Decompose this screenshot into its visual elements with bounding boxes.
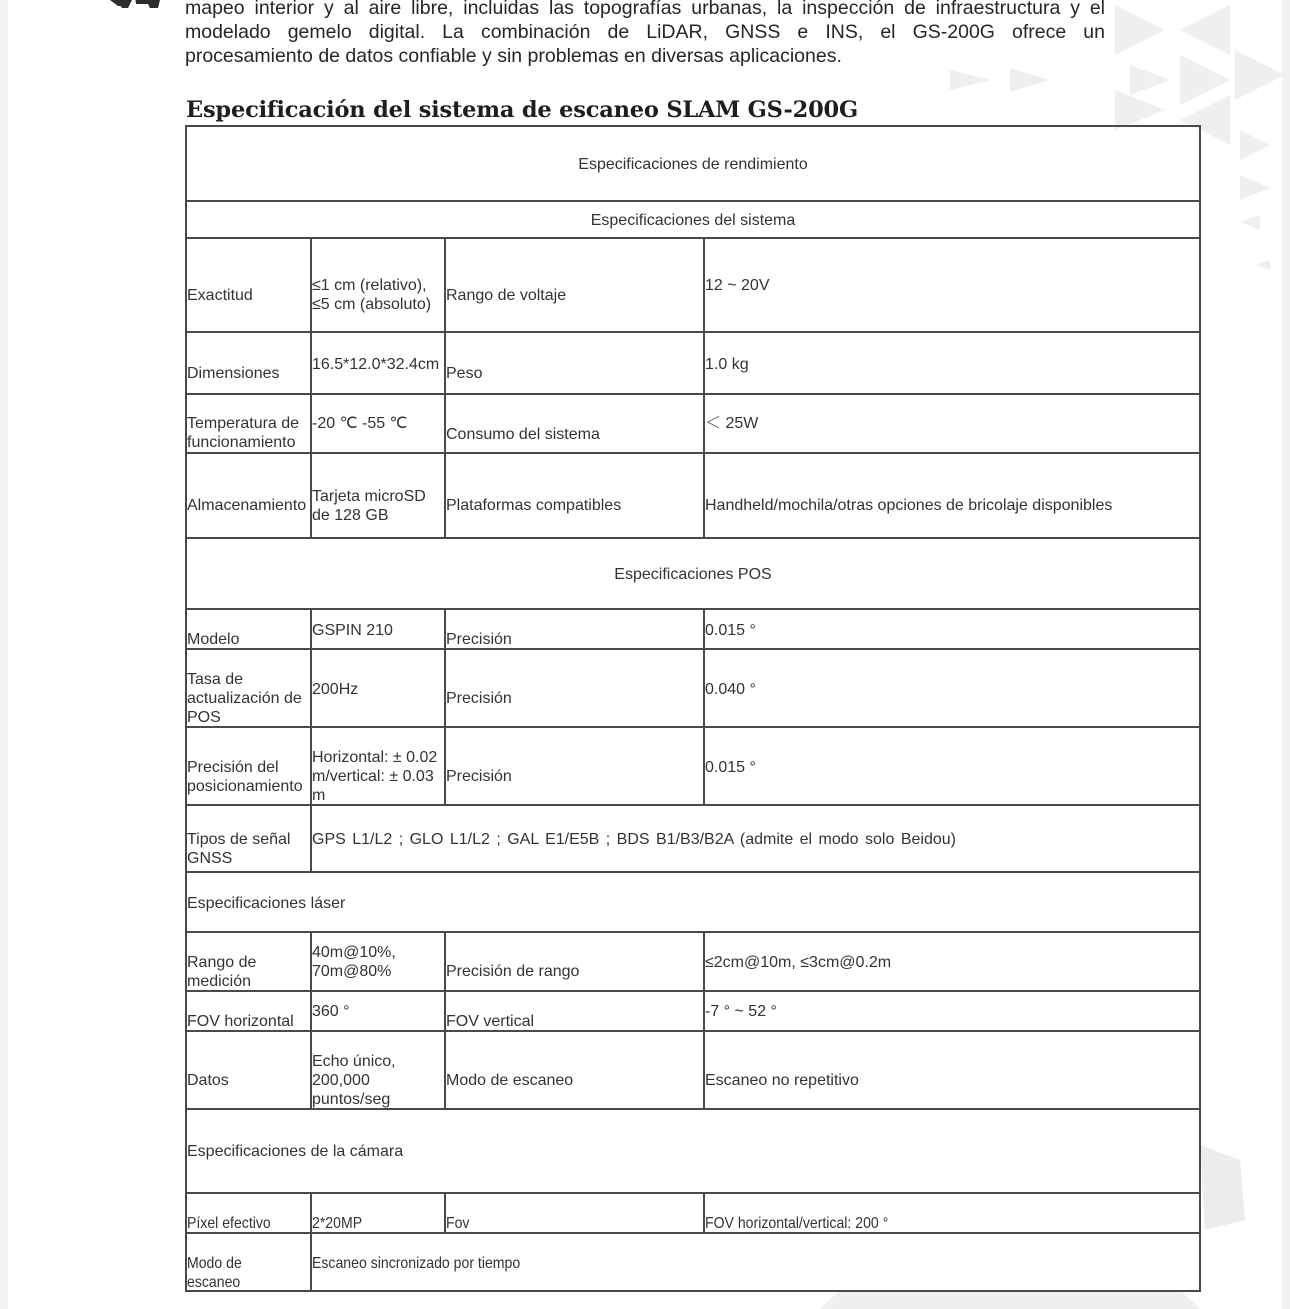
gear-icon [88, 0, 164, 20]
spec-label: Tipos de señal GNSS [187, 830, 310, 868]
spec-value: Echo único, 200,000 puntos/seg [312, 1052, 412, 1108]
page-margin-left [0, 0, 8, 1309]
spec-label: Rango de voltaje [446, 286, 566, 305]
intro-line: modelado gemelo digital. La combinación … [185, 20, 1105, 44]
spec-value: Handheld/mochila/otras opciones de brico… [705, 496, 1112, 515]
spec-label: Modo de escaneo [187, 1254, 271, 1292]
spec-value: ≤2cm@10m, ≤3cm@0.2m [705, 953, 891, 972]
spec-value: GSPIN 210 [312, 621, 393, 640]
spec-label: Temperatura de funcionamiento [187, 414, 310, 452]
page-margin-right [1282, 0, 1290, 1309]
spec-label: Precisión del posicionamiento [187, 758, 310, 796]
intro-paragraph: mapeo interior y al aire libre, incluida… [185, 0, 1105, 68]
spec-label: Rango de medición [187, 953, 287, 991]
spec-value: Horizontal: ± 0.02 m/vertical: ± 0.03 m [312, 748, 444, 805]
spec-label: Precisión [446, 689, 512, 708]
spec-label: Modelo [187, 630, 239, 649]
section-header-performance: Especificaciones de rendimiento [187, 155, 1199, 174]
section-header-system: Especificaciones del sistema [187, 211, 1199, 230]
spec-value: 0.015 ° [705, 758, 756, 777]
page-title: Especificación del sistema de escaneo SL… [186, 97, 858, 123]
spec-value: 0.040 ° [705, 680, 756, 699]
spec-label: Almacenamiento [187, 496, 306, 515]
spec-value: Escaneo no repetitivo [705, 1071, 859, 1090]
spec-value: 2*20MP [312, 1214, 362, 1233]
spec-label: Peso [446, 364, 482, 383]
spec-label: Precisión [446, 630, 512, 649]
spec-value: 16.5*12.0*32.4cm [312, 355, 446, 374]
spec-label: Exactitud [187, 286, 253, 305]
spec-label: Plataformas compatibles [446, 496, 621, 515]
spec-label: Consumo del sistema [446, 425, 600, 444]
spec-value: Tarjeta microSD de 128 GB [312, 487, 442, 525]
spec-value: -20 ℃ -55 ℃ [312, 414, 408, 433]
spec-label: Dimensiones [187, 364, 279, 383]
spec-value: ＜ 25W [705, 414, 758, 433]
spec-value: Escaneo sincronizado por tiempo [312, 1254, 520, 1273]
spec-value: 360 ° [312, 1002, 350, 1021]
spec-value: 0.015 ° [705, 621, 756, 640]
spec-label: Precisión de rango [446, 962, 579, 981]
spec-label: Modo de escaneo [446, 1071, 573, 1090]
spec-value: 200Hz [312, 680, 358, 699]
section-header-laser: Especificaciones láser [187, 894, 345, 913]
spec-value: GPS L1/L2 ; GLO L1/L2 ; GAL E1/E5B ; BDS… [312, 830, 956, 849]
spec-value: -7 ° ~ 52 ° [705, 1002, 777, 1021]
spec-value: ≤1 cm (relativo), ≤5 cm (absoluto) [312, 276, 444, 314]
spec-value: 12 ~ 20V [705, 276, 770, 295]
spec-value: 40m@10%, 70m@80% [312, 943, 412, 981]
intro-line: mapeo interior y al aire libre, incluida… [185, 0, 1105, 20]
section-header-pos: Especificaciones POS [187, 565, 1199, 584]
section-header-camera: Especificaciones de la cámara [187, 1142, 403, 1161]
watermark-shape-icon [1180, 1130, 1260, 1260]
spec-label: FOV horizontal [187, 1012, 294, 1031]
spec-label: Fov [446, 1214, 469, 1233]
intro-line: procesamiento de datos confiable y sin p… [185, 44, 1105, 68]
spec-value: 1.0 kg [705, 355, 749, 374]
watermark-shape-bottom-icon [800, 1280, 1220, 1309]
spec-label: Píxel efectivo [187, 1214, 271, 1233]
spec-label: Precisión [446, 767, 512, 786]
spec-label: Tasa de actualización de POS [187, 670, 310, 727]
spec-label: Datos [187, 1071, 229, 1090]
spec-label: FOV vertical [446, 1012, 534, 1031]
spec-value: FOV horizontal/vertical: 200 ° [705, 1214, 888, 1233]
